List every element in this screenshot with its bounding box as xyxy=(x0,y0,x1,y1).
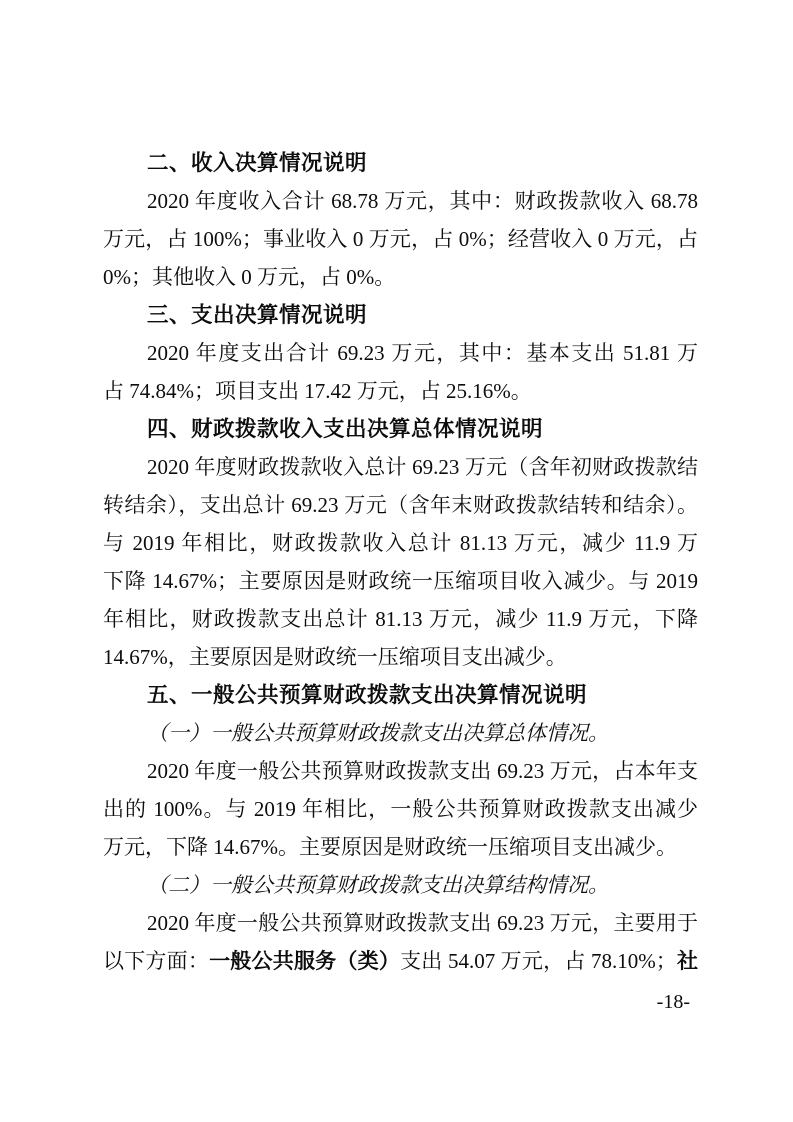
body-line: 2020 年度一般公共预算财政拨款支出 69.23 万元，占本年支 xyxy=(103,752,698,790)
body-segment: 支出 54.07 万元，占 78.10%； xyxy=(400,949,677,973)
body-line: 2020 年度支出合计 69.23 万元，其中：基本支出 51.81 万元， xyxy=(103,334,698,372)
body-line: 0%；其他收入 0 万元，占 0%。 xyxy=(103,258,698,296)
section-heading-fiscal-appropriation: 四、财政拨款收入支出决算总体情况说明 xyxy=(103,410,698,448)
body-line: 万元，下降 14.67%。主要原因是财政统一压缩项目支出减少。 xyxy=(103,828,698,866)
body-line-mixed: 以下方面：一般公共服务（类）支出 54.07 万元，占 78.10%；社 xyxy=(103,942,698,980)
body-line: 转结余），支出总计 69.23 万元（含年末财政拨款结转和结余）。 xyxy=(103,486,698,524)
body-line: 万元，占 100%；事业收入 0 万元，占 0%；经营收入 0 万元，占 xyxy=(103,220,698,258)
body-line: 出的 100%。与 2019 年相比，一般公共预算财政拨款支出减少 11.9 xyxy=(103,790,698,828)
body-line: 与 2019 年相比，财政拨款收入总计 81.13 万元，减少 11.9 万元， xyxy=(103,524,698,562)
document-page: 二、收入决算情况说明 2020 年度收入合计 68.78 万元，其中：财政拨款收… xyxy=(0,0,793,1122)
subsection-heading-structure: （二）一般公共预算财政拨款支出决算结构情况。 xyxy=(103,866,698,904)
body-line: 2020 年度收入合计 68.78 万元，其中：财政拨款收入 68.78 xyxy=(103,182,698,220)
body-segment-bold: 一般公共服务（类） xyxy=(209,949,400,973)
body-line: 14.67%，主要原因是财政统一压缩项目支出减少。 xyxy=(103,638,698,676)
body-line: 年相比，财政拨款支出总计 81.13 万元，减少 11.9 万元，下降 xyxy=(103,600,698,638)
body-line: 2020 年度财政拨款收入总计 69.23 万元（含年初财政拨款结 xyxy=(103,448,698,486)
section-heading-income: 二、收入决算情况说明 xyxy=(103,144,698,182)
page-number: -18- xyxy=(657,988,690,1016)
text-block: 二、收入决算情况说明 2020 年度收入合计 68.78 万元，其中：财政拨款收… xyxy=(103,144,698,980)
body-line: 2020 年度一般公共预算财政拨款支出 69.23 万元，主要用于 xyxy=(103,904,698,942)
subsection-heading-overall: （一）一般公共预算财政拨款支出决算总体情况。 xyxy=(103,714,698,752)
section-heading-general-public-budget: 五、一般公共预算财政拨款支出决算情况说明 xyxy=(103,676,698,714)
body-line: 占 74.84%；项目支出 17.42 万元，占 25.16%。 xyxy=(103,372,698,410)
section-heading-expenditure: 三、支出决算情况说明 xyxy=(103,296,698,334)
body-segment: 以下方面： xyxy=(103,949,209,973)
body-line: 下降 14.67%；主要原因是财政统一压缩项目收入减少。与 2019 xyxy=(103,562,698,600)
body-segment-bold: 社 xyxy=(677,949,698,973)
